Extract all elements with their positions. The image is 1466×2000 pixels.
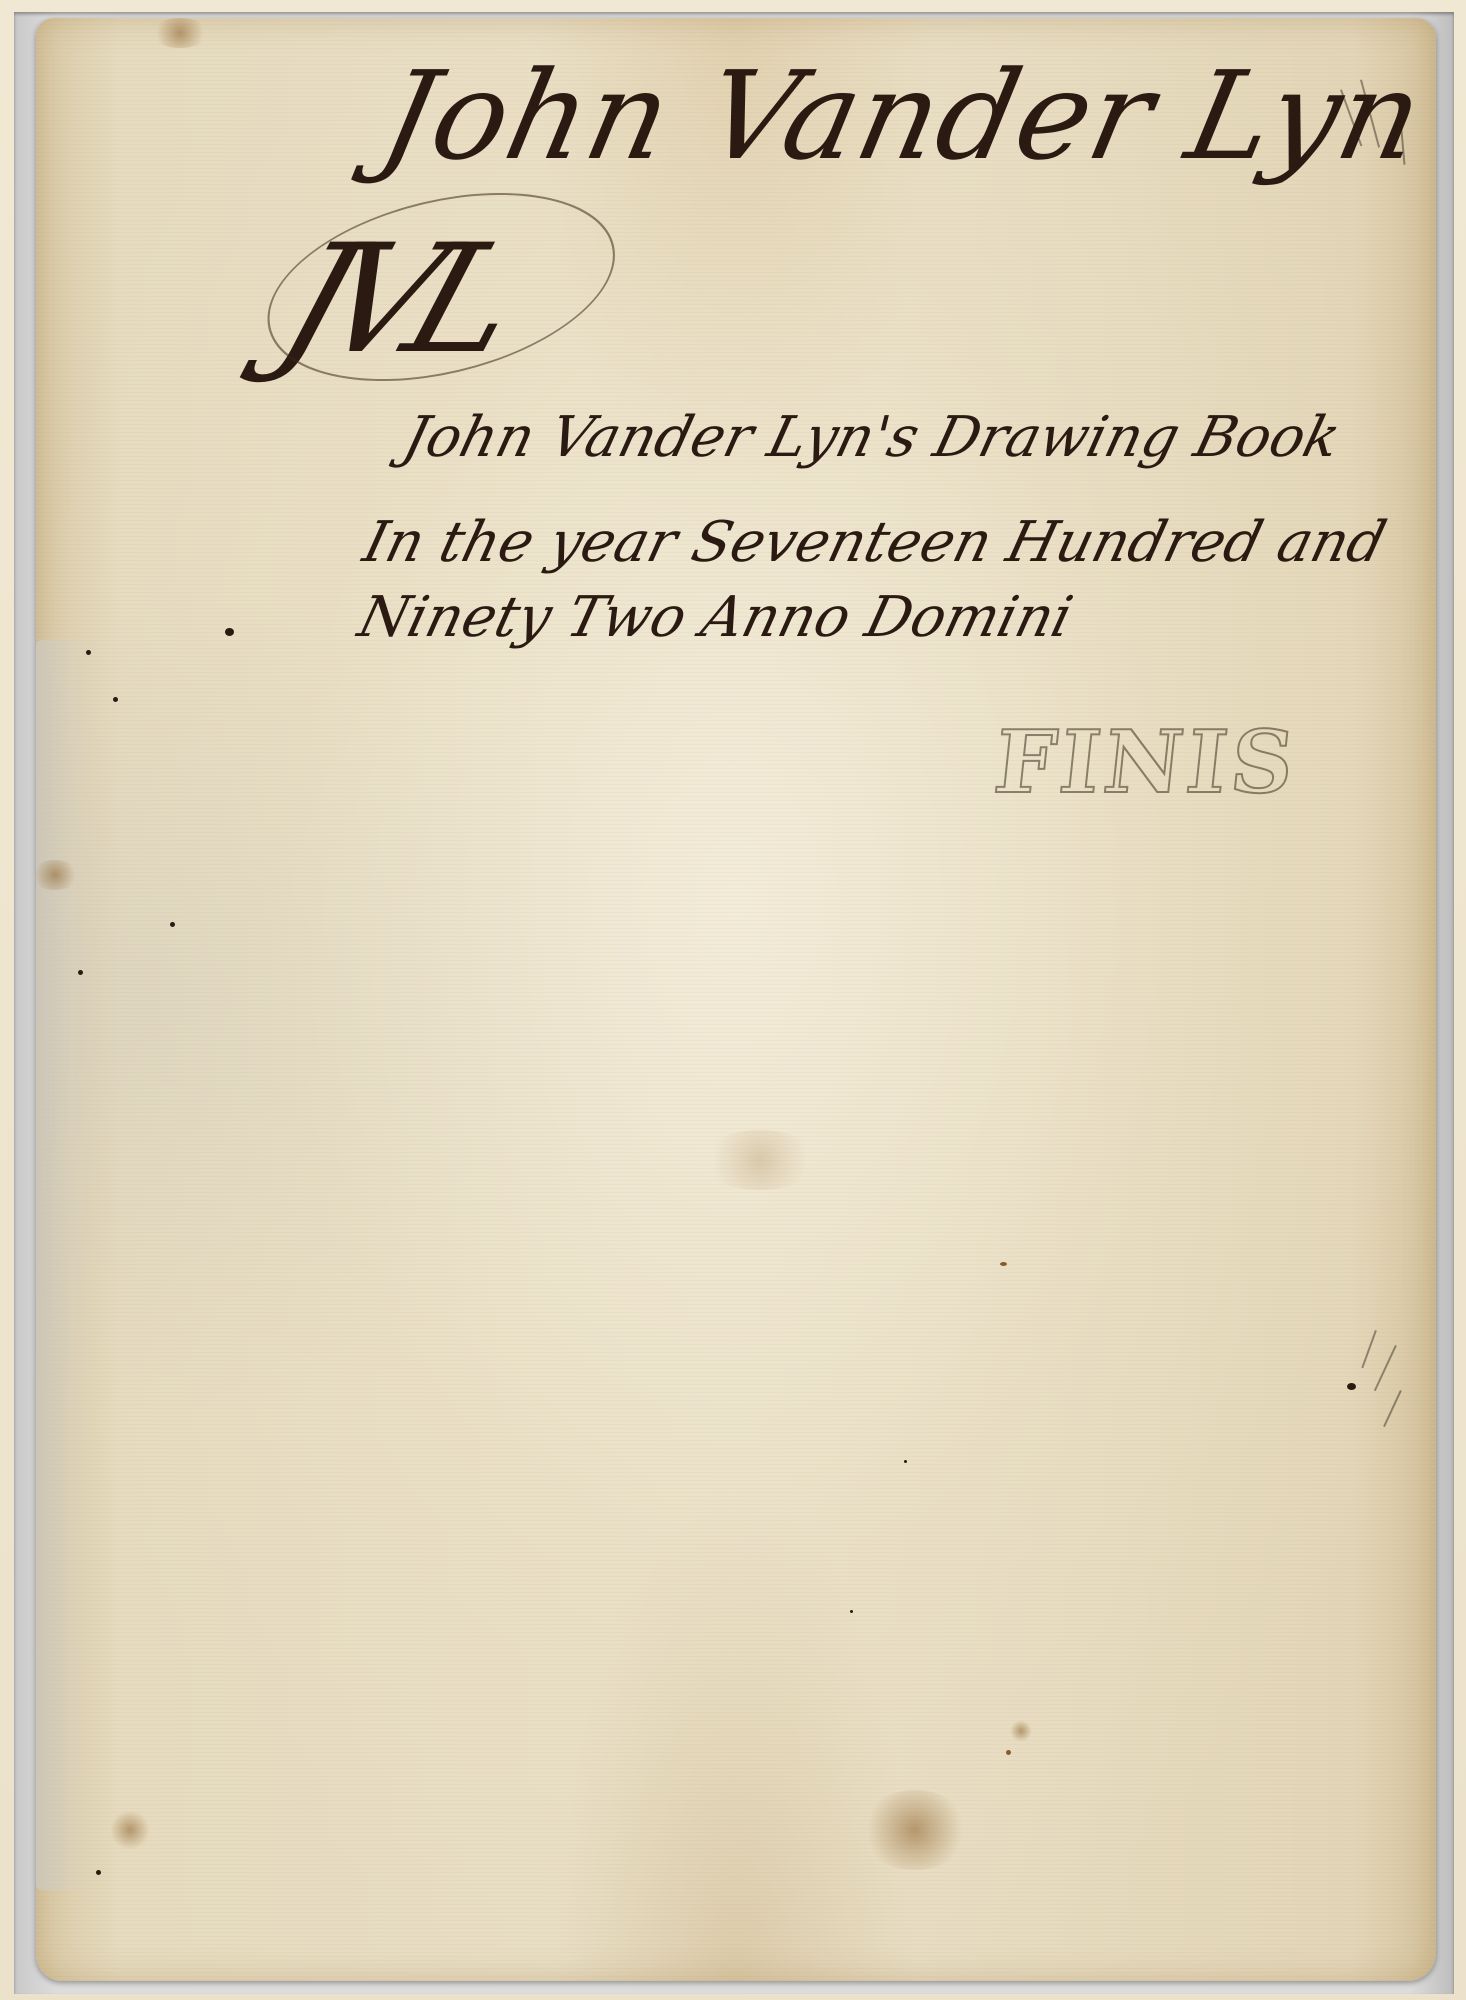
ink-speck: [225, 628, 234, 636]
foxing-stain: [30, 860, 80, 890]
finis-stamp: FINIS: [990, 712, 1303, 813]
foxing-stain: [700, 1130, 820, 1190]
foxing-stain: [1010, 1720, 1032, 1742]
title-signature: John Vander Lyn: [372, 55, 1433, 177]
foxing-stain: [860, 1790, 970, 1870]
ink-speck: [170, 922, 175, 927]
year-line: In the year Seventeen Hundred and: [358, 515, 1391, 571]
ink-speck: [904, 1460, 907, 1463]
ink-speck: [78, 970, 83, 975]
ink-speck: [86, 650, 91, 655]
foxing-stain: [150, 18, 210, 48]
book-title-line: John Vander Lyn's Drawing Book: [398, 410, 1345, 466]
paper-leaf: [36, 18, 1436, 1981]
ink-speck: [1000, 1262, 1007, 1266]
ink-speck: [96, 1870, 101, 1875]
ink-speck: [1347, 1383, 1356, 1390]
ink-speck: [850, 1610, 853, 1613]
foxing-stain: [110, 1810, 150, 1850]
worn-left-edge: [36, 640, 96, 1890]
ink-speck: [1006, 1750, 1011, 1755]
anno-domini-line: Ninety Two Anno Domini: [353, 590, 1078, 646]
ink-speck: [113, 697, 118, 702]
